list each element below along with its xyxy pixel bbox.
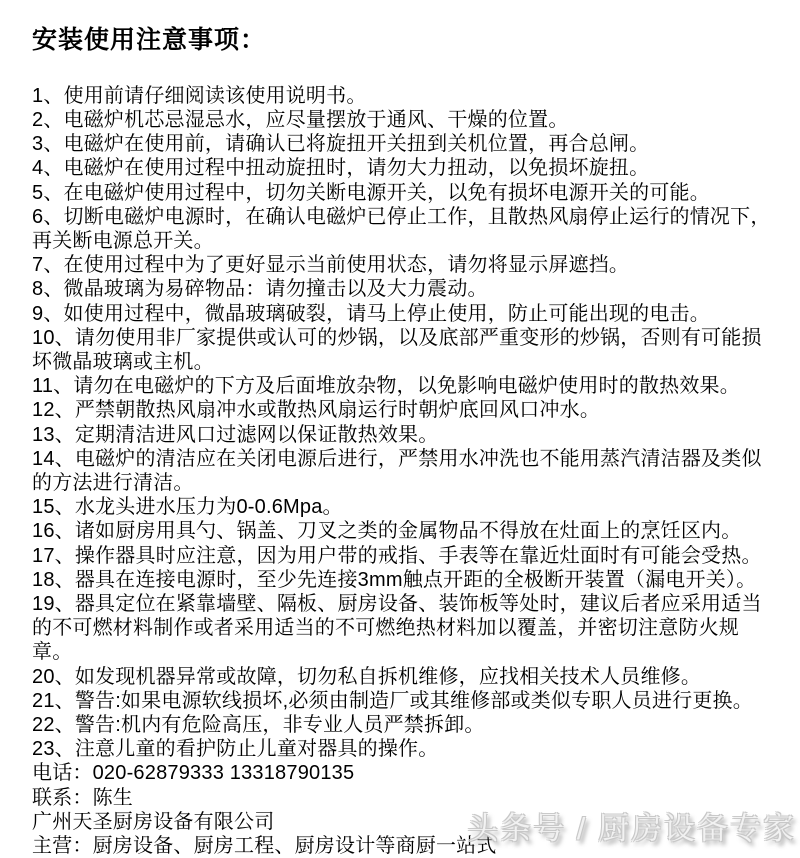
contact-line: 联系：陈生	[32, 786, 774, 810]
list-item: 10、请勿使用非厂家提供或认可的炒锅，以及底部严重变形的炒锅，否则有可能损坏微晶…	[32, 326, 774, 374]
list-item: 5、在电磁炉使用过程中，切勿关断电源开关，以免有损坏电源开关的可能。	[32, 181, 774, 205]
list-item: 23、注意儿童的看护防止儿童对器具的操作。	[32, 737, 774, 761]
list-item: 20、如发现机器异常或故障，切勿私自拆机维修，应找相关技术人员维修。	[32, 665, 774, 689]
list-item: 16、诸如厨房用具勺、锅盖、刀叉之类的金属物品不得放在灶面上的烹饪区内。	[32, 519, 774, 543]
phone-line: 电话：020-62879333 13318790135	[32, 761, 774, 785]
list-item: 15、水龙头进水压力为0-0.6Mpa。	[32, 495, 774, 519]
list-item: 7、在使用过程中为了更好显示当前使用状态，请勿将显示屏遮挡。	[32, 253, 774, 277]
list-item: 2、电磁炉机芯忌湿忌水，应尽量摆放于通风、干燥的位置。	[32, 108, 774, 132]
list-item: 18、器具在连接电源时，至少先连接3mm触点开距的全极断开装置（漏电开关）。	[32, 568, 774, 592]
contact-block: 电话：020-62879333 13318790135 联系：陈生 广州天圣厨房…	[32, 761, 774, 858]
company-name: 广州天圣厨房设备有限公司	[32, 810, 774, 834]
list-item: 3、电磁炉在使用前，请确认已将旋扭开关扭到关机位置，再合总闸。	[32, 132, 774, 156]
list-item: 21、警告:如果电源软线损坏,必须由制造厂或其维修部或类似专职人员进行更换。	[32, 689, 774, 713]
list-item: 17、操作器具时应注意，因为用户带的戒指、手表等在靠近灶面时有可能会受热。	[32, 544, 774, 568]
business-scope-line: 主营：厨房设备、厨房工程、厨房设计等商厨一站式	[32, 834, 774, 858]
page-title: 安装使用注意事项：	[32, 26, 774, 55]
notes-list: 1、使用前请仔细阅读该使用说明书。2、电磁炉机芯忌湿忌水，应尽量摆放于通风、干燥…	[32, 84, 774, 762]
list-item: 13、定期清洁进风口过滤网以保证散热效果。	[32, 423, 774, 447]
list-item: 9、如使用过程中，微晶玻璃破裂，请马上停止使用，防止可能出现的电击。	[32, 302, 774, 326]
list-item: 8、微晶玻璃为易碎物品：请勿撞击以及大力震动。	[32, 277, 774, 301]
list-item: 1、使用前请仔细阅读该使用说明书。	[32, 84, 774, 108]
list-item: 12、严禁朝散热风扇冲水或散热风扇运行时朝炉底回风口冲水。	[32, 398, 774, 422]
list-item: 6、切断电磁炉电源时，在确认电磁炉已停止工作，且散热风扇停止运行的情况下，再关断…	[32, 205, 774, 253]
list-item: 4、电磁炉在使用过程中扭动旋扭时，请勿大力扭动，以免损坏旋扭。	[32, 156, 774, 180]
document-page: 安装使用注意事项： 1、使用前请仔细阅读该使用说明书。2、电磁炉机芯忌湿忌水，应…	[0, 0, 800, 858]
list-item: 19、器具定位在紧靠墙壁、隔板、厨房设备、装饰板等处时，建议后者应采用适当的不可…	[32, 592, 774, 665]
list-item: 22、警告:机内有危险高压，非专业人员严禁拆卸。	[32, 713, 774, 737]
list-item: 14、电磁炉的清洁应在关闭电源后进行，严禁用水冲洗也不能用蒸汽清洁器及类似的方法…	[32, 447, 774, 495]
list-item: 11、请勿在电磁炉的下方及后面堆放杂物，以免影响电磁炉使用时的散热效果。	[32, 374, 774, 398]
